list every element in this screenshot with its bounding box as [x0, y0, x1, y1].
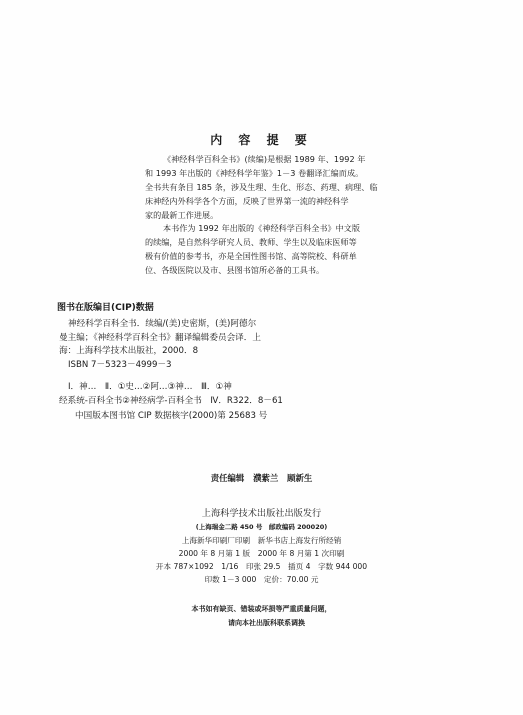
format-line: 开本 787×1092 1/16 印张 29.5 插页 4 字数 944 000: [0, 560, 523, 573]
cip-gap: [59, 372, 309, 381]
cip-line-2: 曼主编；《神经科学百科全书》翻译编辑委员会译．上: [59, 332, 309, 346]
cip-body: 神经科学百科全书．续编/(美)史密斯，(美)阿德尔 曼主编；《神经科学百科全书》…: [59, 318, 309, 408]
cip-line-1: 神经科学百科全书．续编/(美)史密斯，(美)阿德尔: [59, 318, 309, 332]
edition-line: 2000 年 8 月第 1 版 2000 年 8 月第 1 次印刷: [0, 547, 523, 560]
editor-name-1: 濮紫兰: [253, 473, 278, 483]
cip-line-3: 海：上海科学技术出版社，2000．8: [59, 345, 309, 359]
abstract-p1-line-3: 全书共有条目 185 条，涉及生理、生化、形态、药理、病理、临: [145, 181, 390, 195]
responsible-editors: 责任编辑 濮紫兰 顾新生: [0, 472, 523, 484]
publisher-line: 上海科学技术出版社出版发行: [0, 506, 523, 521]
abstract-body: 《神经科学百科全书》(续编)是根据 1989 年、1992 年 和 1993 年…: [145, 153, 390, 278]
quality-notice: 本书如有缺页、错装或坏损等严重质量问题， 请向本社出版科联系调换: [0, 602, 523, 630]
cip-classification-1: Ⅰ．神… Ⅱ．①史…②阿…③神… Ⅲ．①神: [59, 381, 309, 395]
abstract-p1-line-5: 家的最新工作进展。: [145, 209, 390, 223]
abstract-p2-line-3: 极有价值的参考书，亦是全国性图书馆、高等院校、科研单: [145, 250, 390, 264]
printing-line: 上海新华印刷厂印刷 新华书店上海发行所经销: [0, 534, 523, 547]
publisher-address: (上海瑞金二路 450 号 邮政编码 200020): [0, 521, 523, 534]
cip-classification-2: 经系统-百科全书②神经病学-百科全书 Ⅳ．R322．8－61: [59, 395, 309, 409]
editor-label: 责任编辑: [211, 473, 245, 483]
copyright-page: 内 容 提 要 《神经科学百科全书》(续编)是根据 1989 年、1992 年 …: [0, 0, 523, 715]
abstract-p2-line-1: 本书作为 1992 年出版的《神经科学百科全书》中文版: [145, 222, 390, 236]
notice-line-2: 请向本社出版科联系调换: [0, 616, 523, 630]
abstract-p1-line-1: 《神经科学百科全书》(续编)是根据 1989 年、1992 年: [145, 153, 390, 167]
editor-name-2: 顾新生: [287, 473, 312, 483]
cip-record-number: 中国版本图书馆 CIP 数据核字(2000)第 25683 号: [75, 409, 267, 421]
abstract-p1-line-2: 和 1993 年出版的《神经科学年鉴》1－3 卷翻译汇编而成。: [145, 167, 390, 181]
abstract-p2-line-4: 位、各级医院以及市、县图书馆所必备的工具书。: [145, 264, 390, 278]
abstract-p1-line-4: 床神经内外科学各个方面，反映了世界第一流的神经科学: [145, 195, 390, 209]
notice-line-1: 本书如有缺页、错装或坏损等严重质量问题，: [0, 602, 523, 616]
abstract-title: 内 容 提 要: [0, 131, 523, 148]
cip-heading: 图书在版编目(CIP)数据: [57, 300, 154, 313]
colophon: 上海科学技术出版社出版发行 (上海瑞金二路 450 号 邮政编码 200020)…: [0, 506, 523, 586]
price-line: 印数 1－3 000 定价：70.00 元: [0, 573, 523, 586]
cip-isbn: ISBN 7－5323－4999－3: [59, 359, 309, 373]
abstract-p2-line-2: 的续编，是自然科学研究人员、教师、学生以及临床医师等: [145, 236, 390, 250]
